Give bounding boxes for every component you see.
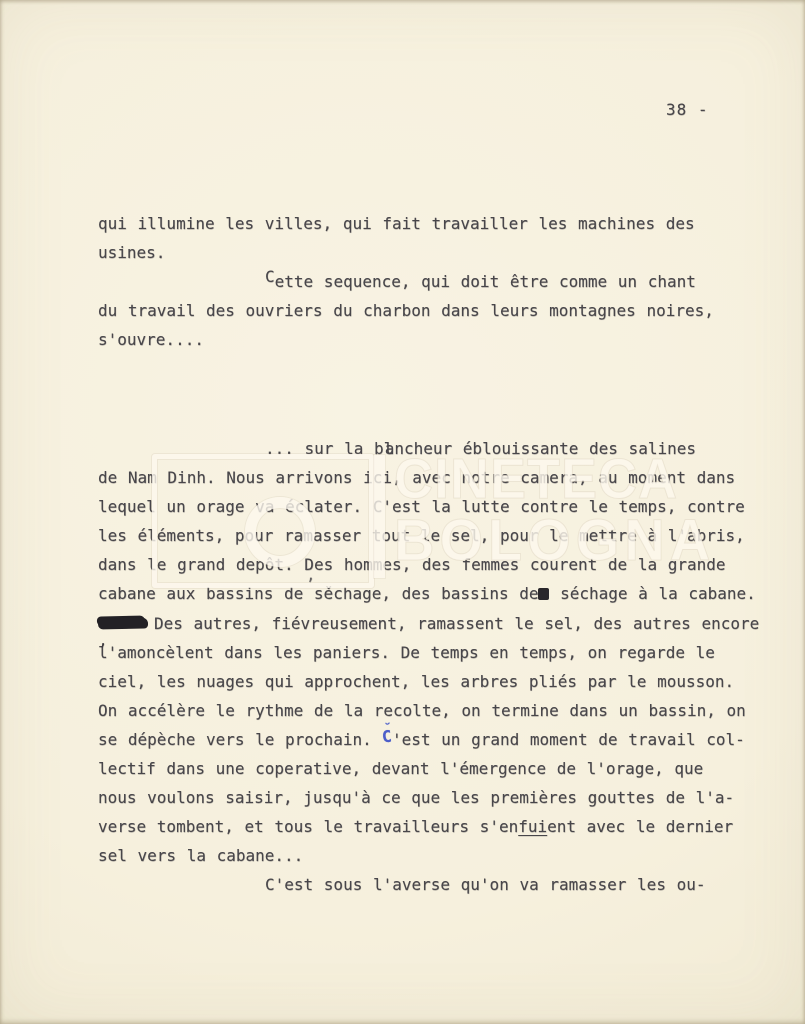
text-segment: verse tombent, et tous le travailleurs s… <box>98 817 518 836</box>
text-segment: ancheur éblouissante des salines <box>385 439 696 458</box>
typewritten-page: 38 - qui illumine les villes, qui fait t… <box>0 0 805 1024</box>
text-line: ... sur la blancheur éblouissante des sa… <box>98 434 746 463</box>
text-segment: Des autres, fiévreusement, ramassent le … <box>154 614 759 633</box>
text-line: s'ouvre.... <box>98 325 746 354</box>
text-segment: 'est un grand moment de travail col- <box>392 730 745 749</box>
text-line: l'amoncèlent dans les paniers. De temps … <box>98 638 746 667</box>
text-line: lectif dans une coperative, devant l'éme… <box>98 754 746 783</box>
inked-out-character <box>538 588 549 600</box>
text-line: Cette sequence, qui doit être comme un c… <box>98 267 746 296</box>
text-segment: se dépèche vers le prochain. <box>98 730 382 749</box>
text-line: verse tombent, et tous le travailleurs s… <box>98 812 746 841</box>
text-line: sel vers la cabane... <box>98 841 746 870</box>
text-line: qui illumine les villes, qui fait travai… <box>98 209 746 238</box>
text-segment: ... sur la b <box>265 439 384 458</box>
text-line: de Nam Dinh. Nous arrivons ici, avec not… <box>98 463 746 492</box>
text-line: usines. <box>98 238 746 267</box>
text-segment: séchage à la cabane. <box>549 584 755 603</box>
text-line: C'est sous l'averse qu'on va ramasser le… <box>98 870 746 899</box>
text-segment: cabane aux bassins de sěchage, des bassi… <box>98 584 538 603</box>
text-line: ciel, les nuages qui approchent, les arb… <box>98 667 746 696</box>
struck-out-word <box>98 617 148 629</box>
text-segment: es hommes, des femmes courent de la gran… <box>314 555 726 574</box>
paragraph-block-2: ... sur la blancheur éblouissante des sa… <box>98 434 746 900</box>
paragraph-block-1: qui illumine les villes, qui fait travai… <box>98 209 746 354</box>
text-line: On accélère le rythme de la recolte, on … <box>98 696 746 725</box>
handwritten-correction-capital: C <box>381 722 394 752</box>
raised-capital: C <box>265 262 275 291</box>
page-number: 38 - <box>666 100 709 119</box>
text-line: se dépèche vers le prochain. C'est un gr… <box>98 725 746 754</box>
text-line: cabane aux bassins de sěchage, des bassi… <box>98 579 746 608</box>
text-line: dans le grand depôt. Des hommes, des fem… <box>98 550 746 579</box>
text-segment: ette sequence, qui doit être comme un ch… <box>275 272 696 291</box>
text-line: Des autres, fiévreusement, ramassent le … <box>98 609 746 638</box>
overstruck-capital: D <box>304 550 314 579</box>
text-line: nous voulons saisir, jusqu'à ce que les … <box>98 783 746 812</box>
text-line: lequel un orage va éclater. C'est la lut… <box>98 492 746 521</box>
text-segment: ent avec le dernier <box>547 817 733 836</box>
text-line: les éléments, pour ramasser tout le sel,… <box>98 521 746 550</box>
text-segment: dans le grand depôt. <box>98 555 304 574</box>
underlined-segment: fui <box>518 817 547 836</box>
text-line: du travail des ouvriers du charbon dans … <box>98 296 746 325</box>
